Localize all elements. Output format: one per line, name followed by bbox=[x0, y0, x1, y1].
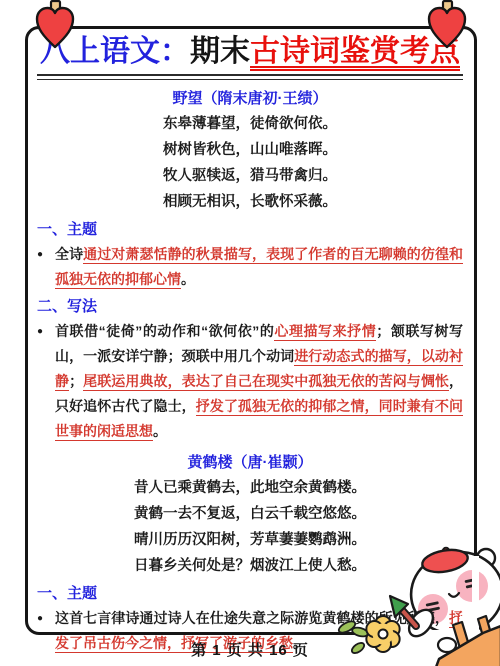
page-title: 八上语文：期末古诗词鉴赏考点 bbox=[37, 33, 463, 71]
highlighted-segment: 通过对萧瑟恬静的秋景描写，表现了作者的百无聊赖的彷徨和孤独无依的抑郁心情 bbox=[55, 246, 463, 289]
poem-line: 相顾无相识，长歌怀采薇。 bbox=[37, 189, 463, 215]
poem-line: 东皋薄暮望，徒倚欲何依。 bbox=[37, 111, 463, 137]
leaf-icon bbox=[337, 619, 369, 655]
heart-pin-right-icon bbox=[425, 0, 469, 52]
poem-line: 黄鹤一去不复返，白云千载空悠悠。 bbox=[37, 501, 463, 527]
poem1-method-heading: 二、写法 bbox=[37, 297, 463, 317]
text-segment: 。 bbox=[181, 271, 195, 287]
text-segment: 全诗 bbox=[55, 246, 83, 262]
poem1-body: 东皋薄暮望，徒倚欲何依。 树树皆秋色，山山唯落晖。 牧人驱犊返，猎马带禽归。 相… bbox=[37, 111, 463, 215]
text-segment: 。 bbox=[153, 423, 167, 439]
poem-line: 树树皆秋色，山山唯落晖。 bbox=[37, 137, 463, 163]
heart-pin-left-icon bbox=[33, 0, 77, 52]
title-divider bbox=[37, 74, 463, 80]
poem1-title: 野望（隋末唐初·王绩） bbox=[37, 89, 463, 109]
poem-line: 昔人已乘黄鹤去，此地空余黄鹤楼。 bbox=[37, 475, 463, 501]
bullet-icon: ● bbox=[37, 242, 55, 292]
highlighted-segment: 心理描写来抒情 bbox=[274, 323, 376, 341]
paragraph-text: 首联借“徒倚”的动作和“欲何依”的心理描写来抒情；颔联写树写山，一派安详宁静；颈… bbox=[55, 319, 463, 444]
poem1-method-paragraph: ● 首联借“徒倚”的动作和“欲何依”的心理描写来抒情；颔联写树写山，一派安详宁静… bbox=[37, 319, 463, 444]
highlighted-segment: 尾联运用典故，表达了自己在现实中孤独无依的苦闷与惆怅 bbox=[83, 373, 449, 391]
poem1-theme-paragraph: ● 全诗通过对萧瑟恬静的秋景描写，表现了作者的百无聊赖的彷徨和孤独无依的抑郁心情… bbox=[37, 242, 463, 292]
poem-line: 牧人驱犊返，猎马带禽归。 bbox=[37, 163, 463, 189]
bullet-icon: ● bbox=[37, 319, 55, 444]
note-frame: 八上语文：期末古诗词鉴赏考点 野望（隋末唐初·王绩） 东皋薄暮望，徒倚欲何依。 … bbox=[25, 26, 477, 635]
cat-sticker-foreground bbox=[335, 545, 500, 666]
flower-icon bbox=[366, 616, 399, 652]
paragraph-text: 全诗通过对萧瑟恬静的秋景描写，表现了作者的百无聊赖的彷徨和孤独无依的抑郁心情。 bbox=[55, 242, 463, 292]
title-term: 期末 bbox=[190, 35, 250, 68]
poem2-title: 黄鹤楼（唐·崔颢） bbox=[37, 453, 463, 473]
cat-foot-icon bbox=[438, 638, 456, 652]
poem1-theme-heading: 一、主题 bbox=[37, 220, 463, 240]
text-segment: ； bbox=[69, 373, 83, 389]
text-segment: 首联借“徒倚”的动作和“欲何依”的 bbox=[55, 323, 274, 339]
